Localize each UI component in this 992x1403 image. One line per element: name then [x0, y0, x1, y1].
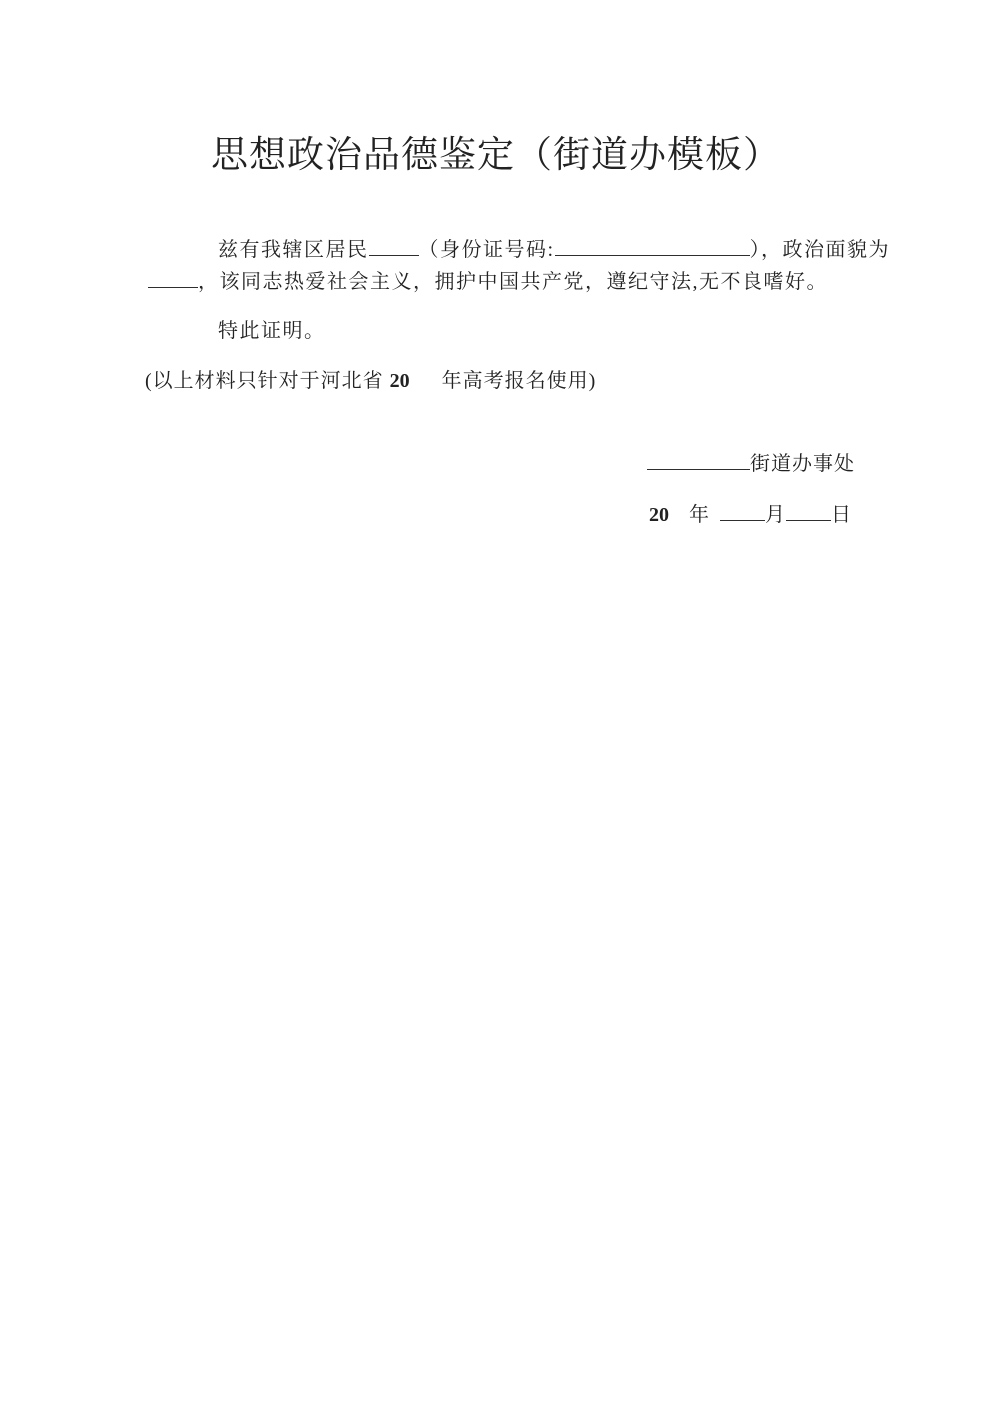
office-label: 街道办事处	[750, 453, 855, 475]
paragraph-text-4: ，该同志热爱社会主义，拥护中国共产党，遵纪守法,无不良嗜好。	[198, 271, 828, 293]
id-number-blank	[555, 235, 750, 256]
signature-line: 街道办事处	[647, 447, 855, 476]
date-year-label: 年	[689, 504, 710, 526]
paragraph-line-2: ，该同志热爱社会主义，拥护中国共产党，遵纪守法,无不良嗜好。	[148, 266, 860, 298]
usage-note: (以上材料只针对于河北省20年高考报名使用)	[145, 364, 596, 393]
date-year-value: 20	[649, 504, 669, 526]
date-month-label: 月	[765, 504, 786, 526]
paragraph-text-1: 兹有我辖区居民	[218, 239, 369, 261]
usage-note-suffix: 年高考报名使用)	[442, 370, 597, 392]
date-month-blank	[720, 500, 765, 521]
usage-note-year: 20	[384, 370, 410, 392]
paragraph-text-2: （身份证号码:	[419, 239, 555, 261]
certify-statement: 特此证明。	[218, 314, 326, 343]
usage-note-prefix: (以上材料只针对于河北省	[145, 370, 384, 392]
resident-name-blank	[369, 235, 419, 256]
document-title: 思想政治品德鉴定（街道办模板）	[0, 124, 992, 178]
document-page: 思想政治品德鉴定（街道办模板） 兹有我辖区居民（身份证号码:），政治面貌为 ，该…	[0, 0, 992, 1403]
office-name-blank	[647, 449, 750, 470]
date-day-label: 日	[831, 504, 852, 526]
date-day-blank	[786, 500, 831, 521]
date-line: 20年月日	[649, 498, 852, 527]
body-paragraph: 兹有我辖区居民（身份证号码:），政治面貌为 ，该同志热爱社会主义，拥护中国共产党…	[148, 234, 860, 298]
political-status-blank	[148, 267, 198, 288]
paragraph-line-1: 兹有我辖区居民（身份证号码:），政治面貌为	[148, 234, 860, 266]
paragraph-text-3: ），政治面貌为	[750, 239, 891, 261]
